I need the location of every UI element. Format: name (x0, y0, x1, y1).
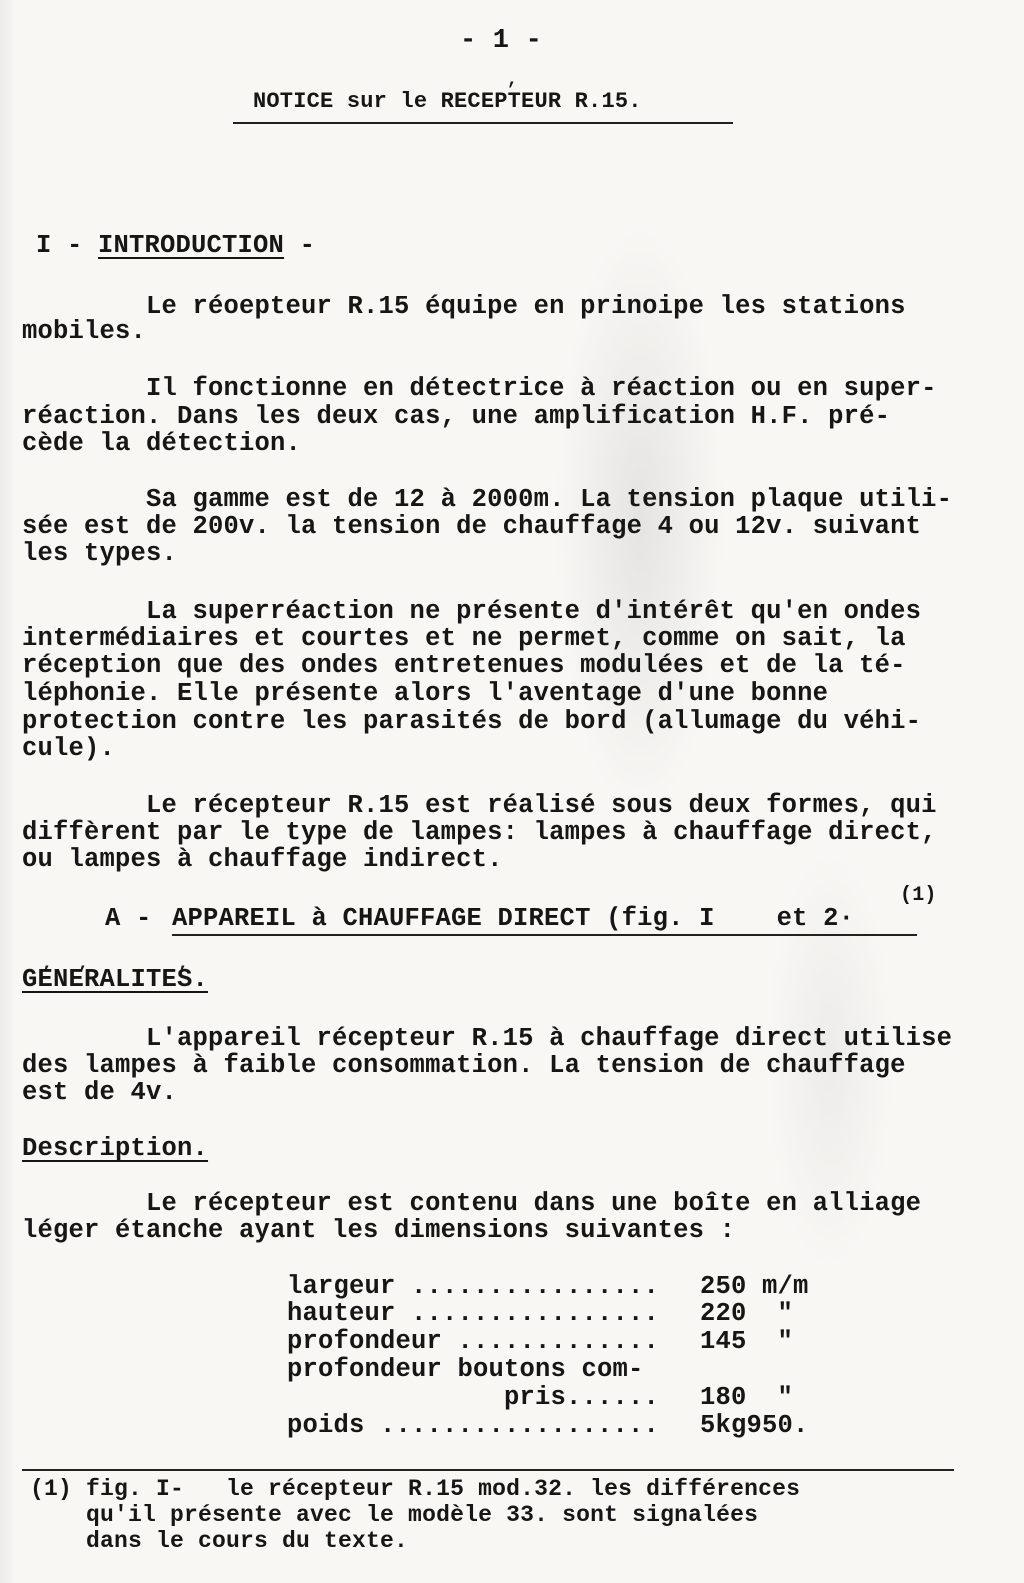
dimension-value: 220 " (700, 1300, 793, 1327)
paragraph-line: les types. (22, 540, 177, 567)
section-number: I - (36, 231, 83, 260)
paragraph-line: ou lampes à chauffage indirect. (22, 846, 503, 873)
description-heading: Description. (22, 1135, 208, 1162)
footnote-reference: (1) (900, 882, 937, 909)
paragraph-line: La superréaction ne présente d'intérêt q… (22, 598, 921, 625)
document-page: - 1 - , NOTICE sur le RECEPTEUR R.15. I … (0, 0, 1024, 1583)
paragraph-line: diffèrent par le type de lampes: lampes … (22, 819, 937, 846)
section-heading-introduction: I - INTRODUCTION - (36, 232, 315, 259)
paragraph-line: L'appareil récepteur R.15 à chauffage di… (22, 1025, 952, 1052)
dimension-label: largeur ................ (287, 1273, 659, 1300)
dimension-label: pris...... (287, 1384, 659, 1411)
accent-mark: , (507, 70, 518, 90)
paragraph-line: Sa gamme est de 12 à 2000m. La tension p… (22, 486, 952, 513)
dimension-value: 145 " (700, 1328, 793, 1355)
subsection-underline (172, 934, 917, 936)
paragraph-line: mobiles. (22, 318, 146, 345)
section-title: INTRODUCTION (98, 231, 284, 260)
paragraph-line: est de 4v. (22, 1079, 177, 1106)
dimension-label: poids .................. (287, 1412, 659, 1439)
paragraph-line: réception que des ondes entretenues modu… (22, 652, 906, 679)
footnote-line: dans le cours du texte. (30, 1528, 408, 1554)
dimension-value: 180 " (700, 1384, 793, 1411)
generalites-heading: GENERALITES. (22, 966, 208, 993)
paragraph-line: protection contre les parasités de bord … (22, 708, 921, 735)
paragraph-line: Le récepteur est contenu dans une boîte … (22, 1190, 921, 1217)
description-title: Description. (22, 1134, 208, 1163)
dimension-value: 250 m/m (700, 1273, 809, 1300)
dimension-label: profondeur boutons com- (287, 1356, 644, 1383)
footnote-line: qu'il présente avec le modèle 33. sont s… (30, 1502, 758, 1528)
dimension-label: hauteur ................ (287, 1300, 659, 1327)
paragraph-line: sée est de 200v. la tension de chauffage… (22, 513, 921, 540)
section-dash: - (300, 231, 316, 260)
paragraph-line: cule). (22, 735, 115, 762)
generalites-title: GENERALITES. (22, 965, 208, 994)
paragraph-line: léger étanche ayant les dimensions suiva… (22, 1217, 735, 1244)
title-underline (233, 122, 733, 124)
dimension-label: profondeur ............. (287, 1328, 659, 1355)
subsection-prefix: A - (105, 905, 152, 932)
page-number: - 1 - (460, 28, 542, 55)
paragraph-line: Le réoepteur R.15 équipe en prinoipe les… (22, 293, 906, 320)
paragraph-line: des lampes à faible consommation. La ten… (22, 1052, 906, 1079)
paragraph-line: intermédiaires et courtes et ne permet, … (22, 625, 906, 652)
footnote-line: (1) fig. I- le récepteur R.15 mod.32. le… (30, 1476, 800, 1502)
paragraph-line: léphonie. Elle présente alors l'aventage… (22, 680, 828, 707)
paragraph-line: réaction. Dans les deux cas, une amplifi… (22, 403, 890, 430)
paragraph-line: Le récepteur R.15 est réalisé sous deux … (22, 792, 937, 819)
paragraph-line: Il fonctionne en détectrice à réaction o… (22, 375, 937, 402)
footnote-rule (22, 1469, 954, 1471)
dimension-value: 5kg950. (700, 1412, 809, 1439)
paragraph-line: cède la détection. (22, 430, 301, 457)
subsection-heading: APPAREIL à CHAUFFAGE DIRECT (fig. I et 2… (172, 905, 854, 932)
document-title: NOTICE sur le RECEPTEUR R.15. (253, 88, 642, 115)
